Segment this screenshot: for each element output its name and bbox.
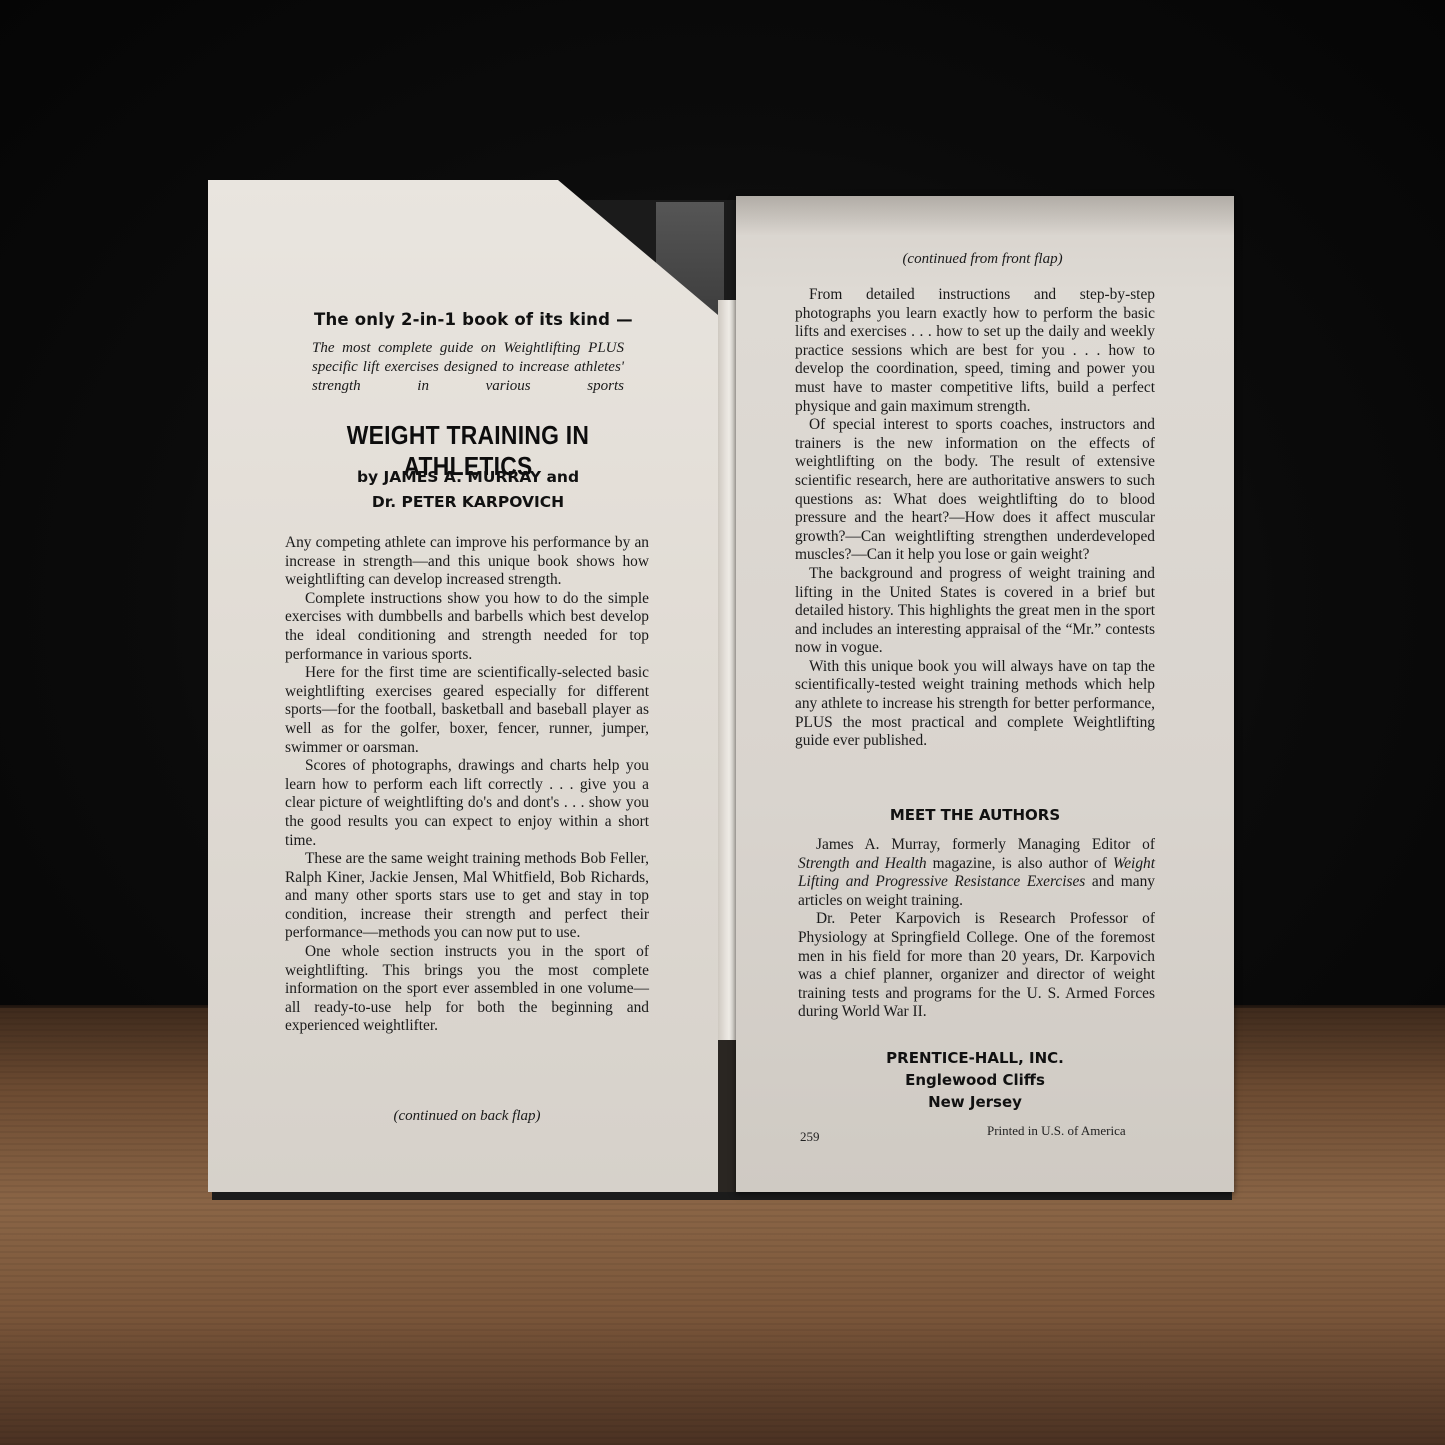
byline-line-2: Dr. PETER KARPOVICH: [282, 490, 654, 515]
front-flap-tagline: The only 2-in-1 book of its kind —: [314, 310, 664, 329]
author-bio-karpovich: Dr. Peter Karpovich is Research Professo…: [798, 910, 1155, 1022]
front-flap-body: Any competing athlete can improve his pe…: [285, 534, 649, 1036]
back-flap-body: From detailed instructions and step-by-s…: [795, 286, 1155, 751]
continued-on-back-note: (continued on back flap): [285, 1108, 649, 1125]
continued-from-front-note: (continued from front flap): [795, 251, 1170, 268]
publisher-block: PRENTICE-HALL, INC. Englewood Cliffs New…: [795, 1047, 1155, 1113]
back-paragraph: With this unique book you will always ha…: [795, 658, 1155, 751]
publisher-name: PRENTICE-HALL, INC.: [795, 1047, 1155, 1069]
front-paragraph: Scores of photographs, drawings and char…: [285, 757, 649, 850]
magazine-title: Strength and Health: [798, 855, 927, 872]
bio-text: James A. Murray, formerly Managing Edito…: [816, 836, 1155, 853]
publisher-state: New Jersey: [795, 1091, 1155, 1113]
front-paragraph: One whole section instructs you in the s…: [285, 943, 649, 1036]
author-bios: James A. Murray, formerly Managing Edito…: [798, 836, 1155, 1022]
publisher-city: Englewood Cliffs: [795, 1069, 1155, 1091]
front-flap-subtagline: The most complete guide on Weightlifting…: [312, 339, 624, 396]
front-paragraph: Complete instructions show you how to do…: [285, 590, 649, 664]
meet-the-authors-heading: MEET THE AUTHORS: [795, 806, 1155, 824]
front-paragraph: These are the same weight training metho…: [285, 850, 649, 943]
author-bio-murray: James A. Murray, formerly Managing Edito…: [798, 836, 1155, 910]
price-code: 259: [800, 1129, 820, 1145]
back-paragraph: The background and progress of weight tr…: [795, 565, 1155, 658]
front-paragraph: Any competing athlete can improve his pe…: [285, 534, 649, 590]
byline: by JAMES A. MURRAY and Dr. PETER KARPOVI…: [282, 465, 654, 515]
bio-text: magazine, is also author of: [927, 855, 1113, 872]
back-paragraph: From detailed instructions and step-by-s…: [795, 286, 1155, 416]
printed-note: Printed in U.S. of America: [987, 1123, 1126, 1139]
back-paragraph: Of special interest to sports coaches, i…: [795, 416, 1155, 565]
byline-line-1: by JAMES A. MURRAY and: [282, 465, 654, 490]
front-paragraph: Here for the first time are scientifical…: [285, 664, 649, 757]
gap-shadow: [718, 1040, 738, 1192]
